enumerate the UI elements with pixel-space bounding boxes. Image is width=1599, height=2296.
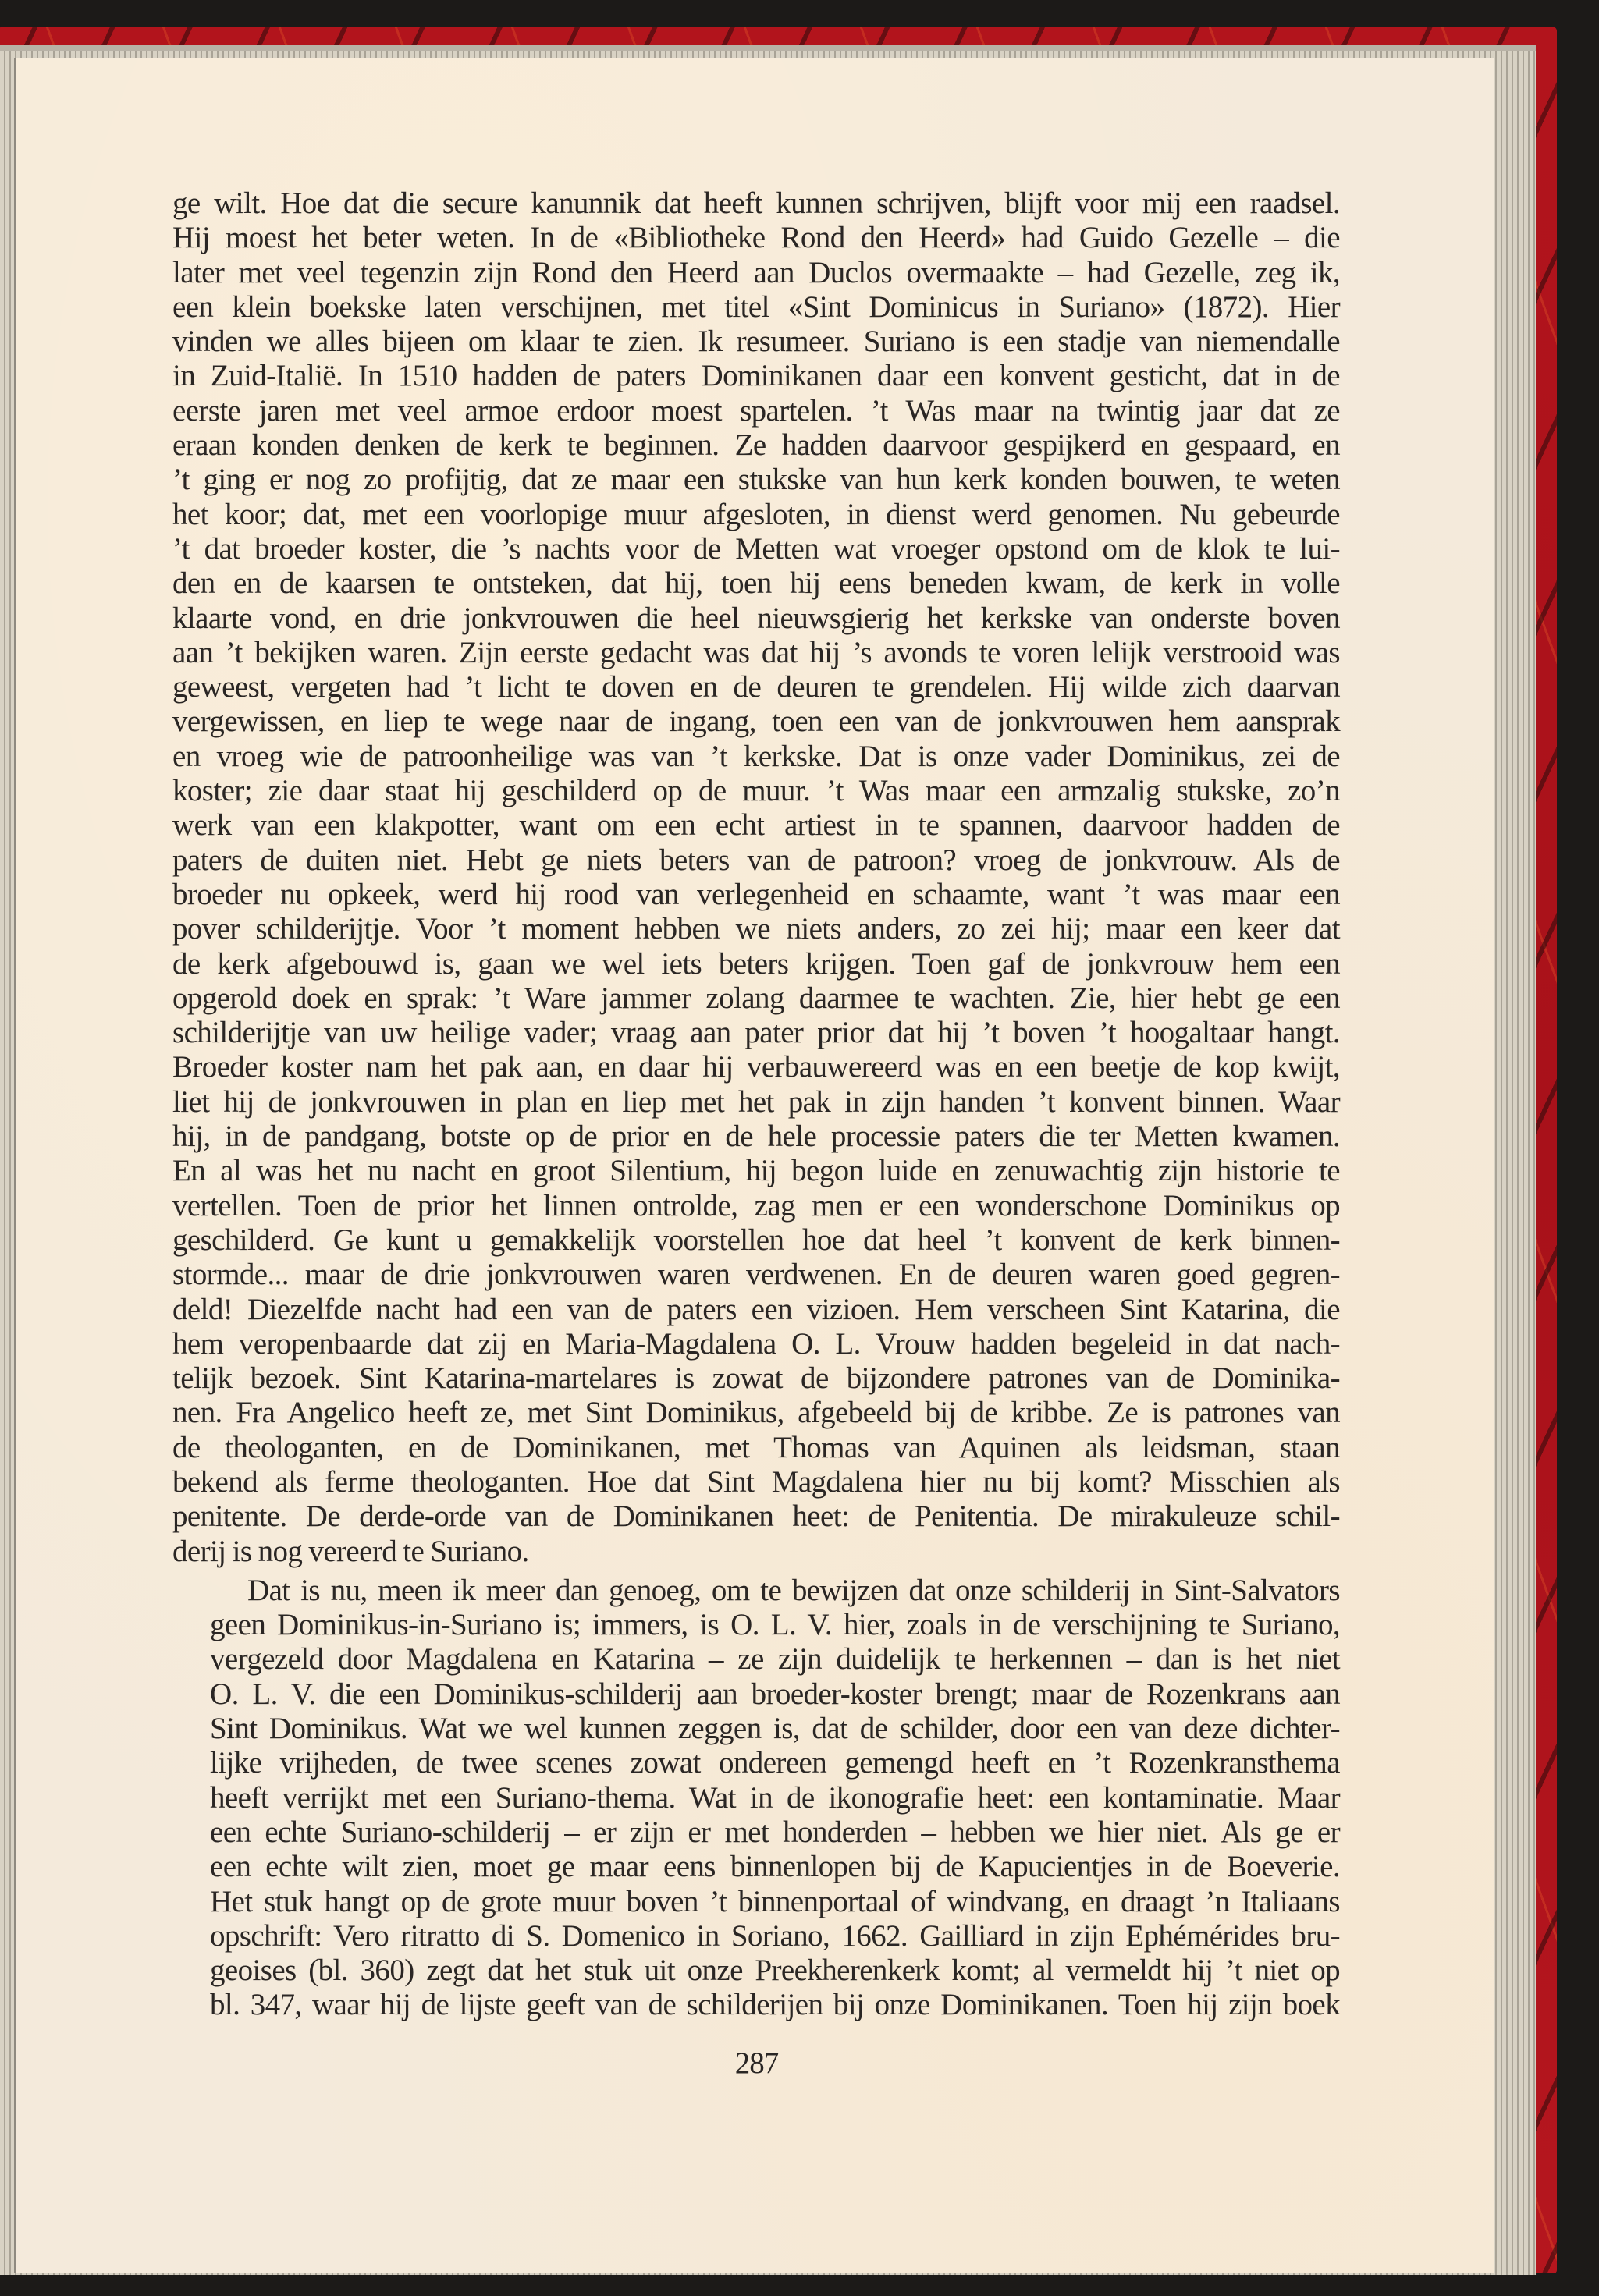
text-line: het koor; dat, met een voorlopige muur a…	[172, 498, 1340, 532]
text-line: geweest, vergeten had ’t licht te doven …	[172, 670, 1340, 704]
text-line: den en de kaarsen te ontsteken, dat hij,…	[172, 566, 1340, 601]
text-line: hem veropenbaarde dat zij en Maria-Magda…	[172, 1327, 1340, 1361]
text-line: bekend als ferme theologanten. Hoe dat S…	[172, 1465, 1340, 1499]
paragraph: Dat is nu, meen ik meer dan genoeg, om t…	[172, 1574, 1340, 2023]
text-line: Het stuk hangt op de grote muur boven ’t…	[172, 1885, 1340, 1919]
body-text: ge wilt. Hoe dat die secure kanunnik dat…	[172, 186, 1340, 2028]
text-line: hij, in de pandgang, botste op de prior …	[172, 1120, 1340, 1154]
text-line: schilderijtje van uw heilige vader; vraa…	[172, 1016, 1340, 1050]
text-line: stormde... maar de drie jonkvrouwen ware…	[172, 1258, 1340, 1292]
text-line: aan ’t bekijken waren. Zijn eerste gedac…	[172, 636, 1340, 670]
text-line: opgerold doek en sprak: ’t Ware jammer z…	[172, 981, 1340, 1016]
text-line: vergezeld door Magdalena en Katarina – z…	[172, 1642, 1340, 1677]
text-line: Sint Dominikus. Wat we wel kunnen zeggen…	[172, 1712, 1340, 1746]
text-line: ’t dat broeder koster, die ’s nachts voo…	[172, 532, 1340, 566]
text-line: een klein boekske laten verschijnen, met…	[172, 290, 1340, 325]
text-line: een echte wilt zien, moet ge maar eens b…	[172, 1850, 1340, 1884]
text-line: ge wilt. Hoe dat die secure kanunnik dat…	[172, 186, 1340, 221]
text-line: koster; zie daar staat hij geschilderd o…	[172, 774, 1340, 808]
text-line: nen. Fra Angelico heeft ze, met Sint Dom…	[172, 1396, 1340, 1430]
text-line: ’t ging er nog zo profijtig, dat ze maar…	[172, 463, 1340, 497]
text-line: derij is nog vereerd te Suriano.	[172, 1535, 1340, 1569]
text-line: opschrift: Vero ritratto di S. Domenico …	[172, 1919, 1340, 1954]
text-line: Broeder koster nam het pak aan, en daar …	[172, 1050, 1340, 1084]
book-page: ge wilt. Hoe dat die secure kanunnik dat…	[14, 58, 1494, 2273]
text-line: een echte Suriano-schilderij – er zijn e…	[172, 1815, 1340, 1850]
text-line: geschilderd. Ge kunt u gemakkelijk voors…	[172, 1223, 1340, 1258]
text-line: liet hij de jonkvrouwen in plan en liep …	[172, 1085, 1340, 1120]
text-line: Hij moest het beter weten. In de «Biblio…	[172, 221, 1340, 255]
text-line: vergewissen, en liep te wege naar de ing…	[172, 704, 1340, 739]
text-line: geoises (bl. 360) zegt dat het stuk uit …	[172, 1954, 1340, 1988]
text-line: broeder nu opkeek, werd hij rood van ver…	[172, 878, 1340, 912]
text-line: En al was het nu nacht en groot Silentiu…	[172, 1154, 1340, 1188]
page-number: 287	[16, 2046, 1497, 2081]
text-line: de theologanten, en de Dominikanen, met …	[172, 1431, 1340, 1465]
text-line: deld! Diezelfde nacht had een van de pat…	[172, 1293, 1340, 1327]
text-line: in Zuid-Italië. In 1510 hadden de paters…	[172, 359, 1340, 393]
text-line: bl. 347, waar hij de lijste geeft van de…	[172, 1988, 1340, 2022]
text-line: later met veel tegenzin zijn Rond den He…	[172, 256, 1340, 290]
text-line: Dat is nu, meen ik meer dan genoeg, om t…	[172, 1574, 1340, 1608]
text-line: vertellen. Toen de prior het linnen ontr…	[172, 1189, 1340, 1223]
text-line: geen Dominikus-in-Suriano is; immers, is…	[172, 1608, 1340, 1642]
text-line: pover schilderijtje. Voor ’t moment hebb…	[172, 912, 1340, 946]
text-line: penitente. De derde-orde van de Dominika…	[172, 1499, 1340, 1534]
text-line: lijke vrijheden, de twee scenes zowat on…	[172, 1746, 1340, 1780]
text-line: klaarte vond, en drie jonkvrouwen die he…	[172, 602, 1340, 636]
text-line: telijk bezoek. Sint Katarina-martelares …	[172, 1361, 1340, 1396]
text-line: de kerk afgebouwd is, gaan we wel iets b…	[172, 947, 1340, 981]
text-line: vinden we alles bijeen om klaar te zien.…	[172, 325, 1340, 359]
text-line: en vroeg wie de patroonheilige was van ’…	[172, 740, 1340, 774]
text-line: heeft verrijkt met een Suriano-thema. Wa…	[172, 1781, 1340, 1815]
text-line: werk van een klakpotter, want om een ech…	[172, 808, 1340, 843]
text-line: paters de duiten niet. Hebt ge niets bet…	[172, 843, 1340, 878]
text-line: eraan konden denken de kerk te beginnen.…	[172, 428, 1340, 463]
text-line: O. L. V. die een Dominikus-schilderij aa…	[172, 1677, 1340, 1712]
text-line: eerste jaren met veel armoe erdoor moest…	[172, 394, 1340, 428]
paragraph: ge wilt. Hoe dat die secure kanunnik dat…	[172, 186, 1340, 1569]
